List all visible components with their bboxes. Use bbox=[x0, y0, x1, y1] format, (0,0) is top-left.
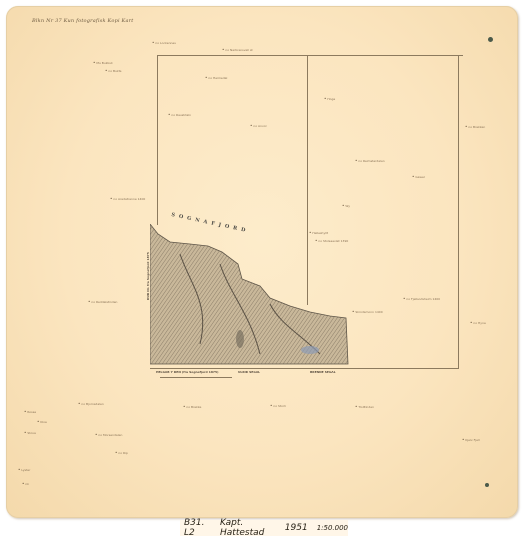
place-mark: no Reddalstinden bbox=[88, 299, 117, 304]
place-mark: no Heimedal bbox=[205, 75, 227, 80]
caption-sheet-id: B31. L2 bbox=[184, 518, 211, 538]
place-mark: no Storli bbox=[270, 403, 286, 408]
place-mark: Rosse bbox=[24, 409, 36, 414]
caption-surveyor: Kapt. Hattestad bbox=[220, 518, 276, 538]
place-mark: nk bbox=[22, 481, 29, 486]
bottom-edge-label-3: BRENNE SEGAL bbox=[310, 370, 336, 374]
bottom-edge-label-2: ULRIK SEGAL bbox=[238, 370, 260, 374]
place-mark: Trolltinden bbox=[355, 404, 374, 409]
place-mark: Mu Bukksli bbox=[93, 60, 112, 65]
place-mark: no Morsendalen bbox=[95, 432, 122, 437]
place-mark: Lyster bbox=[18, 467, 30, 472]
place-mark: Skrodsmonn 1400 bbox=[352, 309, 383, 314]
place-mark: no Raustdaln bbox=[168, 112, 191, 117]
place-mark: Wy bbox=[342, 203, 350, 208]
place-mark: Helleshyllt bbox=[309, 230, 328, 235]
place-mark: no Brekke bbox=[183, 404, 201, 409]
place-mark: Kjelv Fjell bbox=[462, 437, 480, 442]
place-mark: no Rip bbox=[115, 450, 128, 455]
frame-right-line bbox=[458, 55, 459, 368]
place-mark: no Stolsaevlet 1390 bbox=[315, 238, 348, 243]
place-mark: no Fjellsodsheim 1400 bbox=[403, 296, 440, 301]
terrain-area bbox=[150, 224, 350, 368]
place-mark: no Aredatrenne 1400 bbox=[110, 196, 145, 201]
corner-dot-bottom-right bbox=[485, 483, 489, 487]
corner-dot-top-right bbox=[488, 37, 493, 42]
caption-scale: 1:50.000 bbox=[317, 524, 348, 532]
caption-year: 1951 bbox=[285, 523, 308, 533]
handwritten-note: Blkn Nr 37 Kun fotografisk Kopi Kart bbox=[32, 18, 133, 24]
place-mark: Stova bbox=[24, 430, 36, 435]
left-edge-label: DUR Nr. fra Sognefjord 1875 bbox=[146, 252, 150, 300]
place-mark: no Lockennes bbox=[152, 40, 176, 45]
place-mark: no Brekken bbox=[465, 124, 485, 129]
place-mark: no Hyne bbox=[470, 320, 486, 325]
frame-left-line bbox=[157, 55, 158, 225]
place-mark: Gawel bbox=[412, 174, 425, 179]
scale-bar bbox=[160, 377, 232, 378]
frame-top-line bbox=[157, 55, 463, 56]
frame-bottom-line bbox=[150, 368, 459, 369]
bottom-edge-label-1: HELGAB Y DEN (fra Sognefjord 1875) bbox=[156, 370, 218, 374]
place-mark: no Anvol bbox=[250, 123, 266, 128]
sheet-caption: B31. L2 Kapt. Hattestad 1951 1:50.000 bbox=[180, 520, 348, 536]
place-mark: no Narbrensvell st bbox=[222, 47, 253, 52]
place-mark: no Bjornsdalen bbox=[78, 401, 104, 406]
place-mark: Kloe bbox=[37, 419, 47, 424]
place-mark: no Reimsterdalen bbox=[355, 158, 385, 163]
place-mark: no Bukts bbox=[105, 68, 122, 73]
place-mark: Hoge bbox=[324, 96, 335, 101]
